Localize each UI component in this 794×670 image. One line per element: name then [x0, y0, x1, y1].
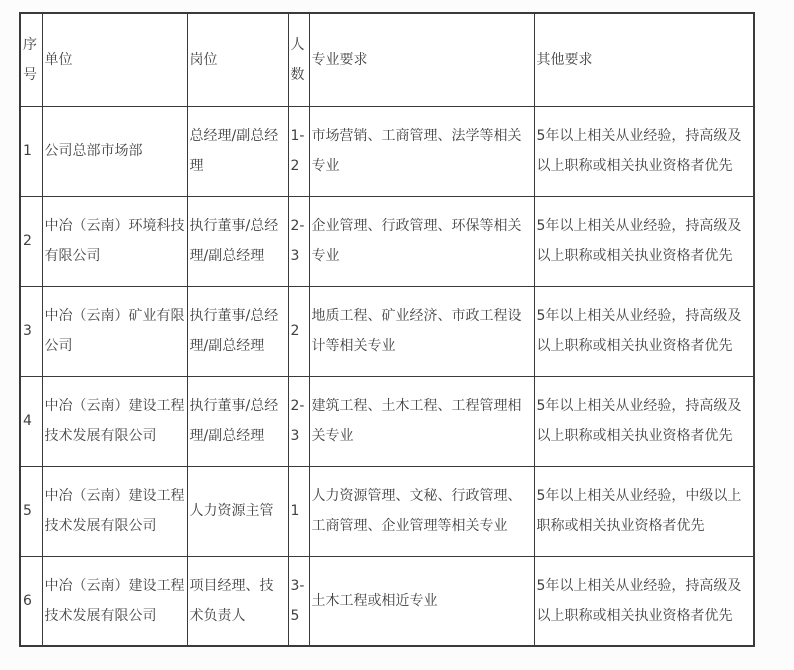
cell-major: 市场营销、工商管理、法学等相关专业: [309, 106, 534, 196]
header-other: 其他要求: [534, 13, 754, 106]
cell-no: 1: [20, 106, 42, 196]
table-row: 6 中冶（云南）建设工程技术发展有限公司 项目经理、技术负责人 3-5 土木工程…: [20, 556, 754, 646]
cell-no: 2: [20, 196, 42, 286]
header-major: 专业要求: [309, 13, 534, 106]
cell-other: 5年以上相关从业经验，持高级及以上职称或相关执业资格者优先: [534, 286, 754, 376]
cell-position: 执行董事/总经理/副总经理: [187, 286, 288, 376]
header-count: 人数: [288, 13, 309, 106]
cell-other: 5年以上相关从业经验，持高级及以上职称或相关执业资格者优先: [534, 556, 754, 646]
cell-position: 总经理/副总经理: [187, 106, 288, 196]
cell-unit: 中冶（云南）建设工程技术发展有限公司: [42, 556, 187, 646]
cell-unit: 中冶（云南）环境科技有限公司: [42, 196, 187, 286]
table-header-row: 序号 单位 岗位 人数 专业要求 其他要求: [20, 13, 754, 106]
cell-unit: 中冶（云南）建设工程技术发展有限公司: [42, 466, 187, 556]
cell-no: 3: [20, 286, 42, 376]
cell-other: 5年以上相关从业经验，持高级及以上职称或相关执业资格者优先: [534, 106, 754, 196]
table-row: 4 中冶（云南）建设工程技术发展有限公司 执行董事/总经理/副总经理 2-3 建…: [20, 376, 754, 466]
cell-major: 企业管理、行政管理、环保等相关专业: [309, 196, 534, 286]
cell-count: 2-3: [288, 376, 309, 466]
cell-count: 2-3: [288, 196, 309, 286]
cell-major: 土木工程或相近专业: [309, 556, 534, 646]
cell-count: 2: [288, 286, 309, 376]
cell-count: 3-5: [288, 556, 309, 646]
cell-position: 执行董事/总经理/副总经理: [187, 376, 288, 466]
cell-major: 建筑工程、土木工程、工程管理相关专业: [309, 376, 534, 466]
cell-other: 5年以上相关从业经验，持高级及以上职称或相关执业资格者优先: [534, 196, 754, 286]
cell-no: 5: [20, 466, 42, 556]
cell-no: 6: [20, 556, 42, 646]
table-row: 5 中冶（云南）建设工程技术发展有限公司 人力资源主管 1 人力资源管理、文秘、…: [20, 466, 754, 556]
header-position: 岗位: [187, 13, 288, 106]
cell-unit: 公司总部市场部: [42, 106, 187, 196]
table-row: 2 中冶（云南）环境科技有限公司 执行董事/总经理/副总经理 2-3 企业管理、…: [20, 196, 754, 286]
cell-count: 1-2: [288, 106, 309, 196]
cell-position: 项目经理、技术负责人: [187, 556, 288, 646]
page: 序号 单位 岗位 人数 专业要求 其他要求 1 公司总部市场部 总经理/副总经理…: [0, 0, 794, 670]
cell-count: 1: [288, 466, 309, 556]
recruitment-table: 序号 单位 岗位 人数 专业要求 其他要求 1 公司总部市场部 总经理/副总经理…: [19, 12, 755, 647]
cell-no: 4: [20, 376, 42, 466]
cell-major: 人力资源管理、文秘、行政管理、工商管理、企业管理等相关专业: [309, 466, 534, 556]
table-row: 3 中冶（云南）矿业有限公司 执行董事/总经理/副总经理 2 地质工程、矿业经济…: [20, 286, 754, 376]
cell-position: 执行董事/总经理/副总经理: [187, 196, 288, 286]
table-row: 1 公司总部市场部 总经理/副总经理 1-2 市场营销、工商管理、法学等相关专业…: [20, 106, 754, 196]
cell-unit: 中冶（云南）矿业有限公司: [42, 286, 187, 376]
cell-unit: 中冶（云南）建设工程技术发展有限公司: [42, 376, 187, 466]
header-unit: 单位: [42, 13, 187, 106]
cell-other: 5年以上相关从业经验，持高级及以上职称或相关执业资格者优先: [534, 376, 754, 466]
cell-position: 人力资源主管: [187, 466, 288, 556]
header-no: 序号: [20, 13, 42, 106]
cell-major: 地质工程、矿业经济、市政工程设计等相关专业: [309, 286, 534, 376]
cell-other: 5年以上相关从业经验，中级以上职称或相关执业资格者优先: [534, 466, 754, 556]
